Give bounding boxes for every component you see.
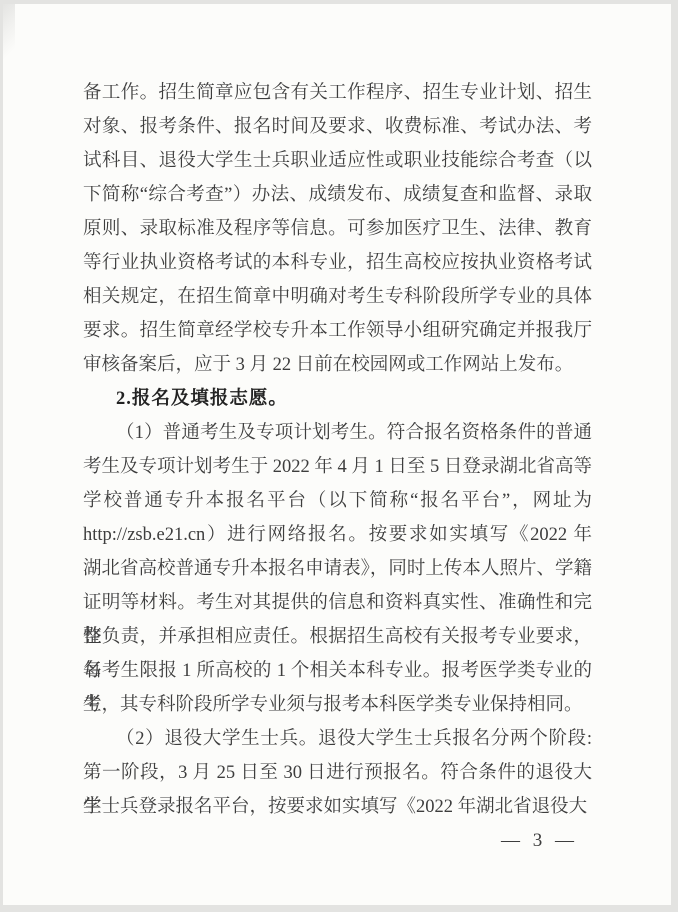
text-line: 证明等材料。考生对其提供的信息和资料真实性、准确性和完整 [83,586,592,620]
scan-corner-shadow [3,4,15,59]
text-line: 生，其专科阶段所学专业须与报考本科医学类专业保持相同。 [83,688,592,722]
text-line: 相关规定，在招生简章中明确对考生专科阶段所学专业的具体 [83,280,592,314]
text-line: 湖北省高校普通专升本报名申请表》，同时上传本人照片、学籍 [83,552,592,586]
text-line: 考生及专项计划考生于 2022 年 4 月 1 日至 5 日登录湖北省高等 [83,450,592,484]
text-line: 备工作。招生简章应包含有关工作程序、招生专业计划、招生 [83,76,592,110]
text-line: （2）退役大学生士兵。退役大学生士兵报名分两个阶段: [83,722,592,756]
text-line: 第一阶段，3 月 25 日至 30 日进行预报名。符合条件的退役大学 [83,756,592,790]
text-line: 名考生限报 1 所高校的 1 个相关本科专业。报考医学类专业的考 [83,654,592,688]
section-heading: 2.报名及填报志愿。 [83,382,592,416]
text-line: 试科目、退役大学生士兵职业适应性或职业技能综合考查（以 [83,144,592,178]
text-line: 下简称“综合考查”）办法、成绩发布、成绩复查和监督、录取 [83,178,592,212]
text-line: 要求。招生简章经学校专升本工作领导小组研究确定并报我厅 [83,314,592,348]
text-line: 原则、录取标准及程序等信息。可参加医疗卫生、法律、教育 [83,212,592,246]
text-line: http://zsb.e21.cn）进行网络报名。按要求如实填写《2022 年 [83,518,592,552]
text-line: 学校普通专升本报名平台（以下简称“报名平台”，网址为 [83,484,592,518]
text-line: 等行业执业资格考试的本科专业，招生高校应按执业资格考试 [83,246,592,280]
text-line: 对象、报考条件、报名时间及要求、收费标准、考试办法、考 [83,110,592,144]
text-line: （1）普通考生及专项计划考生。符合报名资格条件的普通 [83,416,592,450]
document-body: 备工作。招生简章应包含有关工作程序、招生专业计划、招生 对象、报考条件、报名时间… [83,76,592,824]
text-line: 审核备案后，应于 3 月 22 日前在校园网或工作网站上发布。 [83,348,592,382]
text-line: 性负责，并承担相应责任。根据招生高校有关报考专业要求，每 [83,620,592,654]
text-line: 生士兵登录报名平台，按要求如实填写《2022 年湖北省退役大 [83,790,592,824]
page-number: — 3 — [501,830,578,852]
scanned-page: 备工作。招生简章应包含有关工作程序、招生专业计划、招生 对象、报考条件、报名时间… [3,4,671,905]
